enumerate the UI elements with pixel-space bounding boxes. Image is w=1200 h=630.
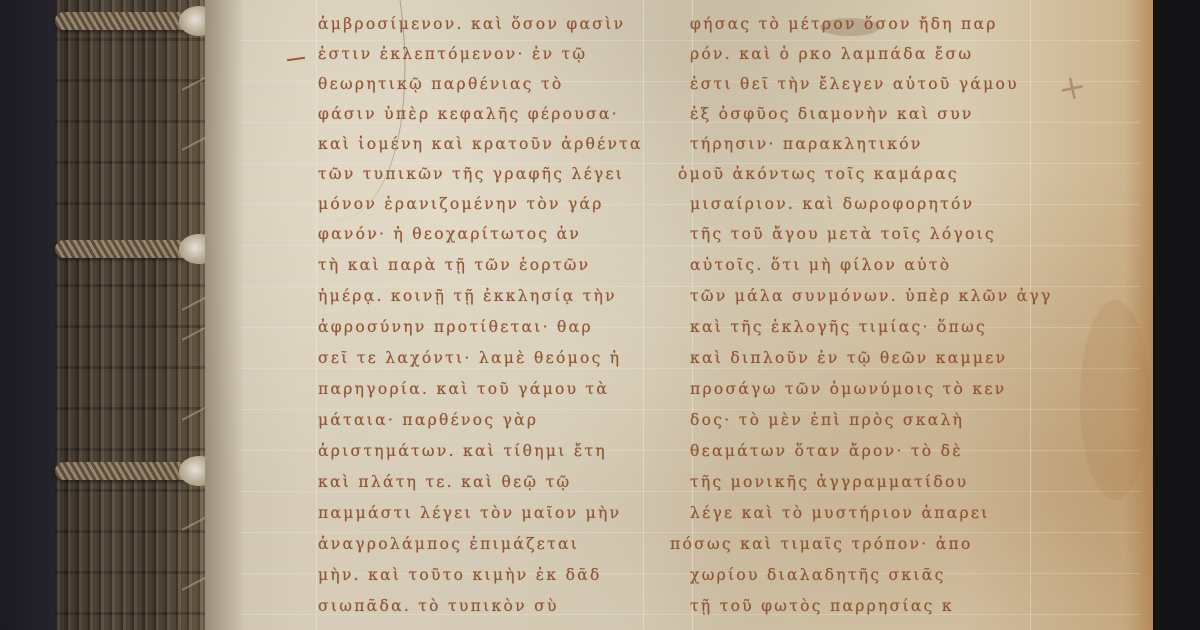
manuscript-line: προσάγω τῶν ὁμωνύμοις τὸ κεν (690, 380, 1006, 398)
manuscript-line: καὶ τῆς ἐκλογῆς τιμίας· ὅπως (690, 318, 987, 336)
manuscript-line: ἀμβροσίμενον. καὶ ὅσον φασὶν (318, 15, 625, 33)
manuscript-line: ὁμοῦ ἀκόντως τοῖς καμάρας (678, 165, 959, 183)
manuscript-line: θεωρητικῷ παρθένιας τὸ (318, 75, 564, 93)
manuscript-line: καὶ ἱομένη καὶ κρατοῦν ἀρθέντα (318, 135, 643, 153)
book-spine (55, 0, 217, 630)
manuscript-line: λέγε καὶ τὸ μυστήριον ἀπαρει (690, 504, 990, 522)
manuscript-line: ρόν. καὶ ὁ ρκο λαμπάδα ἔσω (690, 45, 973, 63)
manuscript-line: τῇ τοῦ φωτὸς παρρησίας κ (690, 597, 954, 615)
manuscript-line: θεαμάτων ὅταν ἄρον· τὸ δὲ (690, 442, 963, 460)
manuscript-line: ἀναγρολάμπος ἐπιμάζεται (318, 535, 579, 553)
manuscript-line: μὴν. καὶ τοῦτο κιμὴν ἐκ δᾶδ (318, 566, 602, 584)
sewing-cord-top (55, 12, 205, 30)
manuscript-line: ἐστι θεῖ τὴν ἔλεγεν αὐτοῦ γάμου (690, 75, 1019, 93)
sewing-cord-middle (55, 240, 205, 258)
manuscript-line: τῶν τυπικῶν τῆς γραφῆς λέγει (318, 165, 624, 183)
manuscript-line: φήσας τὸ μέτρον ὅσον ἤδη παρ (690, 15, 998, 33)
manuscript-line: ἐξ ὀσφῦος διαμονὴν καὶ συν (690, 105, 974, 123)
manuscript-line: μισαίριον. καὶ δωροφορητόν (690, 195, 974, 213)
manuscript-line: ἐστιν ἐκλεπτόμενον· ἐν τῷ (318, 45, 587, 63)
manuscript-line: παμμάστι λέγει τὸν μαῖον μὴν (318, 504, 621, 522)
manuscript-line: σεῖ τε λαχόντι· λαμὲ θεόμος ἡ (318, 349, 621, 367)
manuscript-line: τὴ καὶ παρὰ τῇ τῶν ἑορτῶν (318, 256, 590, 274)
sewing-cord-bottom (55, 462, 205, 480)
dark-background-left (0, 0, 62, 630)
manuscript-line: ἀφροσύνην προτίθεται· θαρ (318, 318, 593, 336)
manuscript-line: φάσιν ὑπὲρ κεφαλῆς φέρουσα· (318, 105, 619, 123)
manuscript-line: τήρησιν· παρακλητικόν (690, 135, 923, 153)
manuscript-line: σιωπᾶδα. τὸ τυπικὸν σὺ (318, 597, 559, 615)
manuscript-line: παρηγορία. καὶ τοῦ γάμου τὰ (318, 380, 609, 398)
manuscript-line: αὐτοῖς. ὅτι μὴ φίλον αὐτὸ (690, 256, 951, 274)
manuscript-line: χωρίου διαλαδητῆς σκιᾶς (690, 566, 946, 584)
vertical-ruling (643, 0, 644, 630)
manuscript-line: καὶ πλάτη τε. καὶ θεῷ τῷ (318, 473, 571, 491)
manuscript-line: μάταια· παρθένος γὰρ (318, 411, 538, 429)
manuscript-line: φανόν· ἡ θεοχαρίτωτος ἀν (318, 225, 581, 243)
vertical-ruling (1030, 0, 1031, 630)
manuscript-line: τῆς μονικῆς ἀγγραμματίδου (690, 473, 968, 491)
water-stain (1080, 300, 1150, 500)
manuscript-line: καὶ διπλοῦν ἐν τῷ θεῶν καμμεν (690, 349, 1007, 367)
manuscript-line: δος· τὸ μὲν ἐπὶ πρὸς σκαλὴ (690, 411, 964, 429)
manuscript-line: πόσως καὶ τιμαῖς τρόπον· ἀπο (670, 535, 973, 553)
manuscript-line: μόνον ἐρανιζομένην τὸν γάρ (318, 195, 604, 213)
gutter-shadow (205, 0, 245, 630)
manuscript-line: ἀριστημάτων. καὶ τίθημι ἔτη (318, 442, 607, 460)
dark-background-right (1150, 0, 1200, 630)
manuscript-line: τῶν μάλα συνμόνων. ὑπὲρ κλῶν ἀγγ (690, 287, 1053, 305)
manuscript-line: τῆς τοῦ ἄγου μετὰ τοῖς λόγοις (690, 225, 996, 243)
manuscript-line: ἡμέρᾳ. κοινῇ τῇ ἐκκλησίᾳ τὴν (318, 287, 617, 305)
